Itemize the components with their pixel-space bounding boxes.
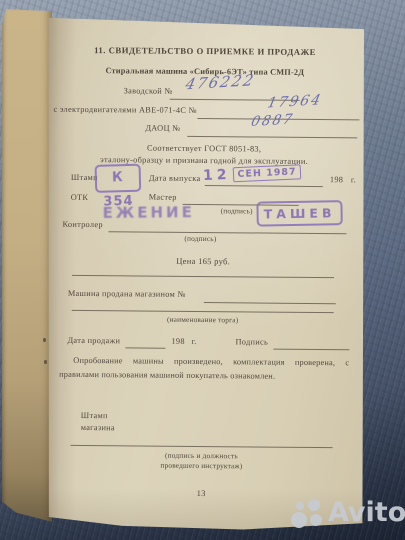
binding-dot <box>43 338 46 342</box>
shop-stamp-label-2: магазина <box>81 423 115 432</box>
faded-overlapping-stamp: ЕЖЕНИЕ <box>103 203 195 222</box>
avito-logo-icon <box>291 499 328 531</box>
motor-label: с электродвигателями АВЕ-071-4С № <box>53 105 196 115</box>
trade-name-line <box>72 310 334 313</box>
sale-year-suffix: г. <box>191 337 196 346</box>
daoc-label: ДАОЦ № <box>145 124 180 133</box>
binding-dot <box>44 360 47 364</box>
master-signature-note: (подпись) <box>221 206 253 215</box>
document-content: 11. СВИДЕТЕЛЬСТВО О ПРИЕМКЕ И ПРОДАЖЕ Ст… <box>42 12 365 533</box>
sold-by-shop-label: Машина продана магазином № <box>68 289 186 299</box>
date-stamp-day: 12 <box>203 167 231 184</box>
daoc-number-line <box>187 136 357 138</box>
instructor-signature-line <box>71 445 333 448</box>
release-year-prefix: 198 <box>330 175 343 184</box>
instructor-note-2: проведшего инструктаж) <box>42 460 360 472</box>
release-date-stamp: 12СЕН 1987 <box>203 161 301 184</box>
gost-line-1: Соответствует ГОСТ 8051-83, <box>45 143 363 155</box>
controller-label: Контролер <box>62 220 102 229</box>
motor-number-handwritten: 17964 <box>266 92 324 112</box>
shop-stamp-label-1: Штамп <box>81 411 108 420</box>
factory-number-label: Заводской № <box>124 86 173 95</box>
trade-name-note: (наименование торга) <box>44 314 362 326</box>
date-stamp-month-year: СЕН 1987 <box>233 164 301 182</box>
sale-date-line <box>125 347 165 348</box>
controller-signature-line <box>108 231 346 234</box>
testing-paragraph: Опробование машины произведено, комплект… <box>59 354 349 384</box>
avito-watermark: Avito <box>291 496 405 531</box>
separator-line-top <box>72 275 334 278</box>
daoc-number-handwritten: 0887 <box>250 111 296 130</box>
release-year-suffix: г. <box>351 175 356 184</box>
document-page: 11. СВИДЕТЕЛЬСТВО О ПРИЕМКЕ И ПРОДАЖЕ Ст… <box>46 12 364 530</box>
signature-label: Подпись <box>235 337 268 346</box>
release-date-line <box>205 185 323 187</box>
price-line: Цена 165 руб. <box>44 255 362 268</box>
sale-year-prefix: 198 <box>171 337 184 346</box>
shop-number-line <box>204 302 336 304</box>
signature-line <box>273 349 349 351</box>
controller-signature-note: (подпись) <box>184 234 216 243</box>
photo-background-fabric: 11. СВИДЕТЕЛЬСТВО О ПРИЕМКЕ И ПРОДАЖЕ Ст… <box>0 0 405 540</box>
certificate-title: 11. СВИДЕТЕЛЬСТВО О ПРИЕМКЕ И ПРОДАЖЕ <box>46 45 364 58</box>
release-date-label: Дата выпуска <box>149 174 201 183</box>
master-label: Мастер <box>149 193 177 202</box>
factory-number-handwritten: 476222 <box>184 71 257 94</box>
booklet-cover-edge <box>2 6 52 525</box>
master-name-stamp: ТАШЕВ <box>256 200 342 226</box>
otk-label: ОТК <box>71 193 89 202</box>
avito-watermark-text: Avito <box>328 496 405 530</box>
otk-number-stamp: К 354 <box>95 164 142 193</box>
sale-date-label: Дата продажи <box>67 336 120 345</box>
